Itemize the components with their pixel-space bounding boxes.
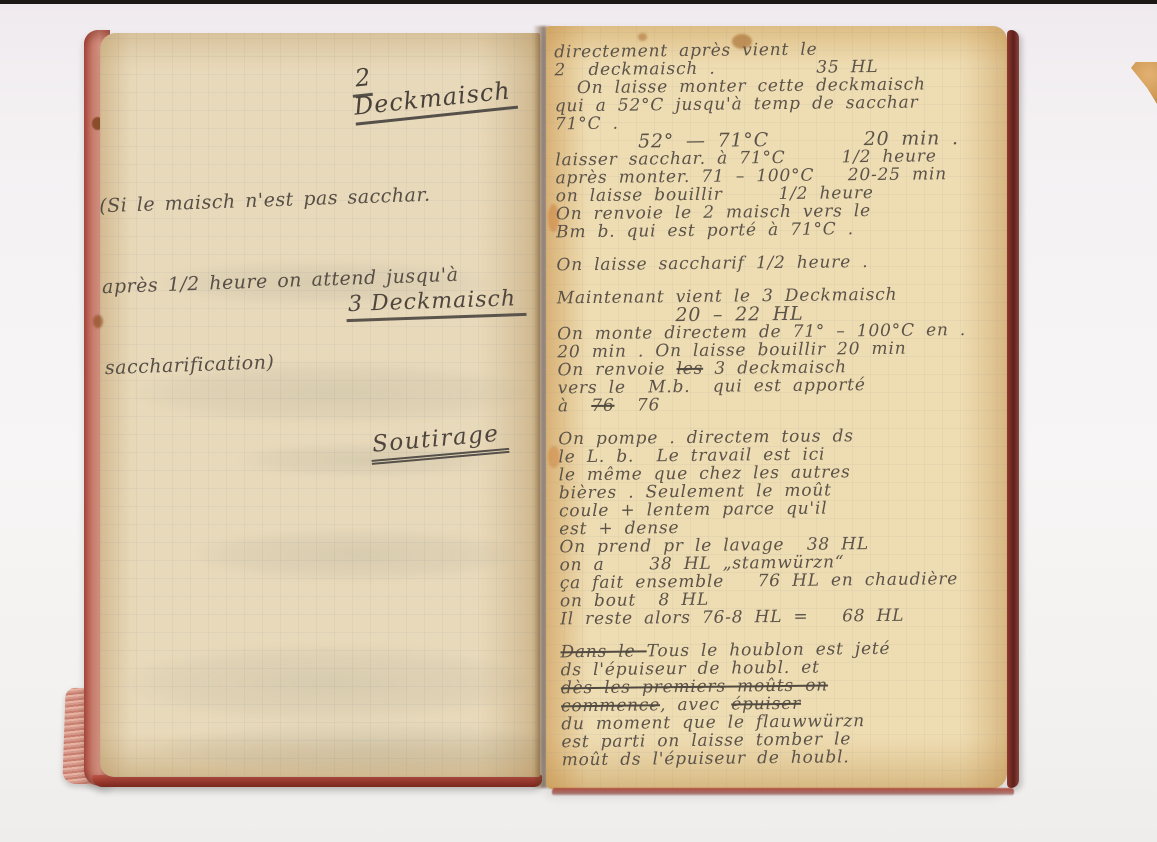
stain — [93, 315, 103, 328]
handwriting-text: 76 — [614, 395, 660, 415]
struck-text: 76 — [591, 396, 614, 416]
note-line: (Si le maisch n'est pas sacchar. — [99, 181, 456, 220]
saccharification-note: (Si le maisch n'est pas sacchar. après 1… — [97, 127, 464, 436]
paragraph: directement après vient le2 deckmaisch .… — [554, 39, 1001, 242]
heading-3-deckmaisch-text: 3 Deckmaisch — [346, 286, 527, 322]
right-page-text: directement après vient le2 deckmaisch .… — [554, 39, 1007, 785]
bleedthrough-smudge — [196, 529, 516, 581]
handwriting-text: Bm b. qui est porté à 71°C . — [556, 219, 854, 242]
right-bottom-cover-edge — [552, 788, 1014, 796]
paragraph: On laisse saccharif 1/2 heure . — [556, 252, 1001, 275]
handwriting-text: à — [558, 396, 592, 416]
handwriting-line: à 76 76 — [558, 393, 1003, 416]
right-page: directement après vient le2 deckmaisch .… — [546, 26, 1007, 789]
left-page: 2 Deckmaisch (Si le maisch n'est pas sac… — [100, 33, 540, 777]
heading-2-deckmaisch: 2 Deckmaisch — [350, 45, 543, 120]
handwriting-text: qui a 52°C jusqu'à temp de sacchar — [555, 93, 919, 117]
bleedthrough-smudge — [126, 645, 526, 721]
bleedthrough-smudge — [160, 723, 580, 773]
handwriting-text: coule + lentem parce qu'il — [559, 499, 828, 522]
handwriting-text: On laisse saccharif 1/2 heure . — [556, 252, 868, 275]
handwriting-line: ça fait ensemble 76 HL en chaudière — [560, 570, 1005, 593]
scanner-edge-strip — [0, 0, 1157, 4]
stain — [638, 33, 647, 41]
right-cover-edge — [1007, 30, 1019, 788]
scanned-notebook: 2 Deckmaisch (Si le maisch n'est pas sac… — [0, 0, 1157, 842]
paragraph: Maintenant vient le 3 Deckmaisch 20 – 22… — [557, 285, 1003, 416]
note-line: saccharification) — [104, 343, 461, 382]
handwriting-text: moût ds l'épuiseur de houbl. — [562, 747, 850, 770]
paragraph: Dans le Tous le houblon est jetéds l'épu… — [560, 639, 1006, 770]
handwriting-line: Bm b. qui est porté à 71°C . — [556, 219, 1001, 242]
handwriting-line: moût ds l'épuiseur de houbl. — [562, 747, 1007, 770]
torn-paper-fragment — [1131, 62, 1157, 104]
paragraph: On pompe . directem tous dsle L. b. Le t… — [558, 426, 1005, 629]
handwriting-line: Il reste alors 76-8 HL = 68 HL — [560, 606, 1005, 629]
handwriting-line: On laisse saccharif 1/2 heure . — [556, 252, 1001, 275]
handwriting-text: Il reste alors 76-8 HL = 68 HL — [560, 606, 904, 630]
heading-3-deckmaisch: 3 Deckmaisch — [346, 286, 527, 317]
heading-2-deckmaisch-text: 2 Deckmaisch — [350, 63, 519, 126]
